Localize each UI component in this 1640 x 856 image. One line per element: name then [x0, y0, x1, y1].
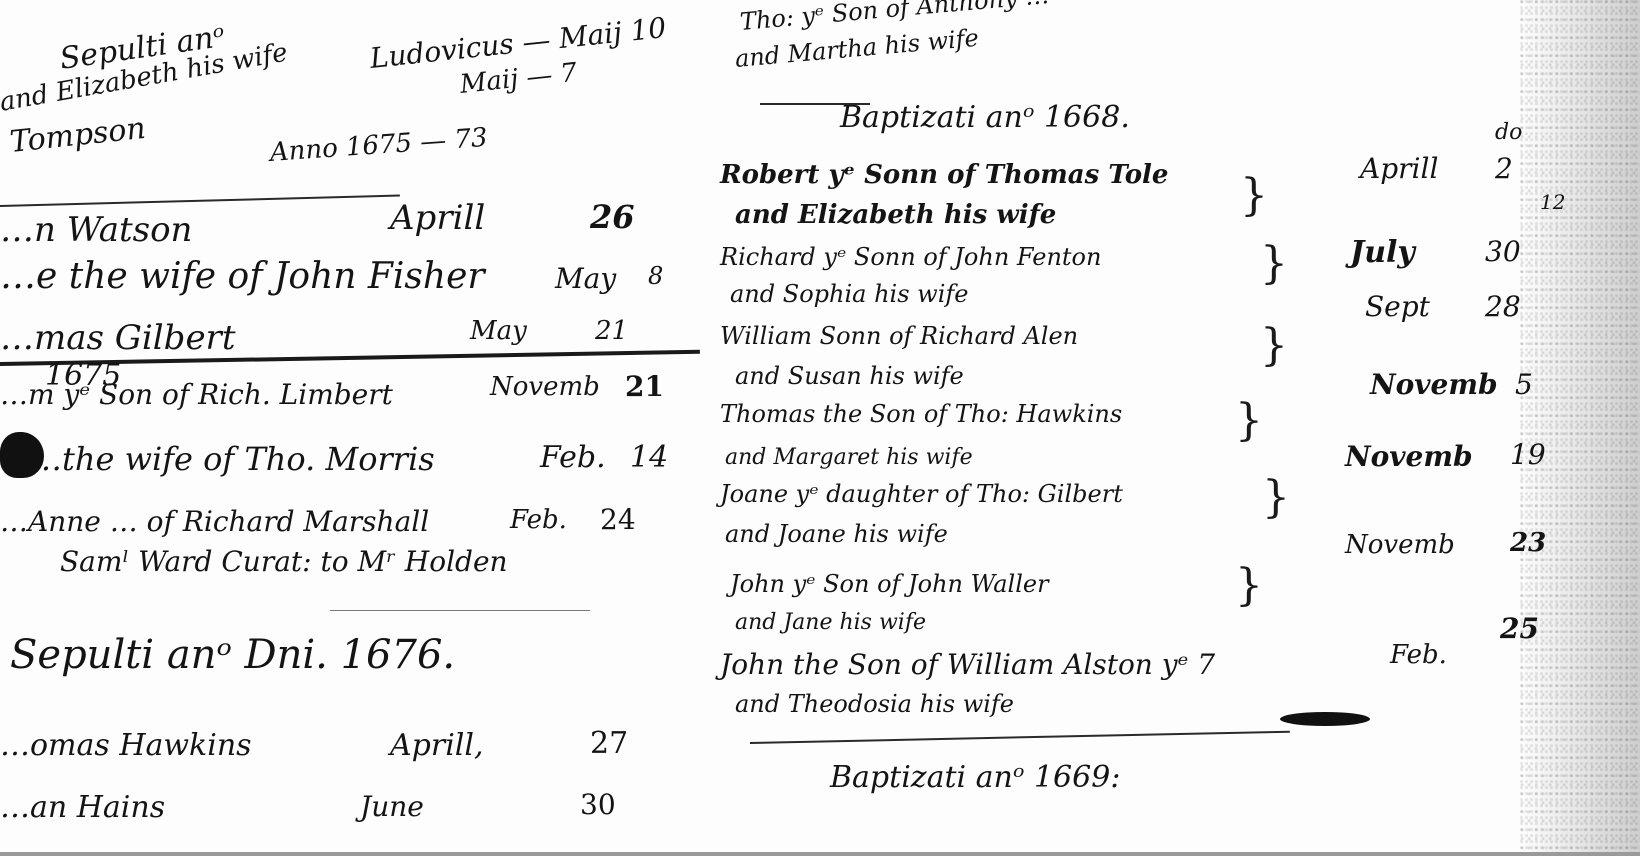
entry-month: Novemb [490, 372, 600, 402]
dotted-rule [330, 610, 590, 611]
entry-day: 2 [1495, 152, 1513, 185]
entry-line2: and Jane his wife [735, 610, 926, 635]
entry-line2: and Elizabeth his wife [735, 200, 1056, 230]
entry-name: …m yᵉ Son of Rich. Limbert [0, 378, 393, 411]
entry-line2: and Sophia his wife [730, 280, 968, 308]
entry-name: …mas Gilbert [0, 318, 235, 358]
entry-day: 8 [648, 262, 663, 290]
brace-icon: } [1235, 395, 1263, 446]
brace-icon: } [1260, 320, 1288, 371]
brace-icon: } [1240, 170, 1268, 221]
entry-name: …n Watson [0, 210, 192, 250]
entry-day: 30 [1485, 235, 1521, 268]
brace-icon: } [1235, 560, 1263, 611]
entry-month: Sept [1365, 290, 1430, 323]
entry-day: 24 [600, 503, 636, 536]
entry-day: 5 [1515, 368, 1533, 401]
entry-line2: and Theodosia his wife [735, 690, 1014, 718]
curate-signature: Samˡ Ward Curat: to Mʳ Holden [60, 545, 508, 578]
entry-month: Feb. [540, 440, 606, 475]
entry-month: Feb. [510, 505, 567, 535]
entry-name: …an Hains [0, 790, 165, 825]
divider-rule [0, 195, 400, 207]
section-rule [750, 731, 1290, 744]
entry-name: …omas Hawkins [0, 728, 252, 763]
entry-month: July [1350, 235, 1415, 270]
entry-month: May [555, 262, 616, 295]
margin-note-number: 12 [1540, 190, 1565, 214]
entry-day: 28 [1485, 290, 1521, 323]
entry-day: 30 [580, 788, 616, 821]
entry-line1: John yᵉ Son of John Waller [730, 570, 1049, 598]
entry-line1: Robert yᵉ Sonn of Thomas Tole [720, 160, 1168, 190]
entry-day: 23 [1510, 528, 1546, 558]
entry-month: Novemb [1345, 530, 1455, 560]
register-page: Sepulti anᵒ and Elizabeth his wife Tomps… [0, 0, 1640, 856]
entry-month: May [470, 316, 527, 346]
entry-line1: Thomas the Son of Tho: Hawkins [720, 400, 1122, 428]
scan-edge [0, 852, 1640, 856]
entry-day: 21 [595, 316, 628, 346]
entry-name: …the wife of Tho. Morris [30, 440, 435, 478]
entry-line1: William Sonn of Richard Alen [720, 322, 1078, 350]
entry-line1: John the Son of William Alston yᵉ 7 [720, 648, 1215, 681]
ink-smear [1280, 712, 1370, 726]
entry-name: …e the wife of John Fisher [0, 256, 485, 297]
entry-month: Novemb [1370, 368, 1498, 401]
left-fragment-tompson: Tompson [8, 111, 147, 160]
entry-line2: and Susan his wife [735, 362, 964, 390]
entry-day: 19 [1510, 438, 1546, 471]
entry-line2: and Joane his wife [725, 520, 948, 548]
brace-icon: } [1260, 238, 1288, 289]
entry-month: Feb. [1390, 640, 1447, 670]
entry-line1: Joane yᵉ daughter of Tho: Gilbert [720, 480, 1123, 508]
left-fragment-maij: Maij — 7 [458, 58, 578, 100]
entry-day: 21 [625, 370, 664, 403]
section-heading-1676: Sepulti anᵒ Dni. 1676. [10, 632, 455, 678]
page-edge-shadow [1520, 0, 1640, 856]
entry-month: June [360, 790, 424, 823]
entry-line2: and Margaret his wife [725, 445, 973, 470]
section-heading-1669: Baptizati anᵒ 1669: [830, 760, 1120, 795]
entry-day: 14 [630, 440, 668, 475]
brace-icon: } [1262, 472, 1290, 523]
entry-month: Aprill [390, 198, 485, 238]
section-heading-1668: Baptizati anᵒ 1668. [840, 100, 1130, 135]
entry-day: 27 [590, 726, 628, 761]
entry-month: Aprill [1360, 152, 1438, 185]
left-fragment-anno: Anno 1675 — 73 [269, 123, 489, 168]
entry-day: 26 [590, 198, 635, 236]
entry-name: …Anne … of Richard Marshall [0, 505, 429, 538]
entry-line1: Richard yᵉ Sonn of John Fenton [720, 243, 1101, 271]
entry-month: Aprill, [390, 728, 484, 763]
entry-month: Novemb [1345, 440, 1473, 473]
margin-note-do: do [1495, 120, 1522, 145]
entry-day: 25 [1500, 612, 1539, 645]
